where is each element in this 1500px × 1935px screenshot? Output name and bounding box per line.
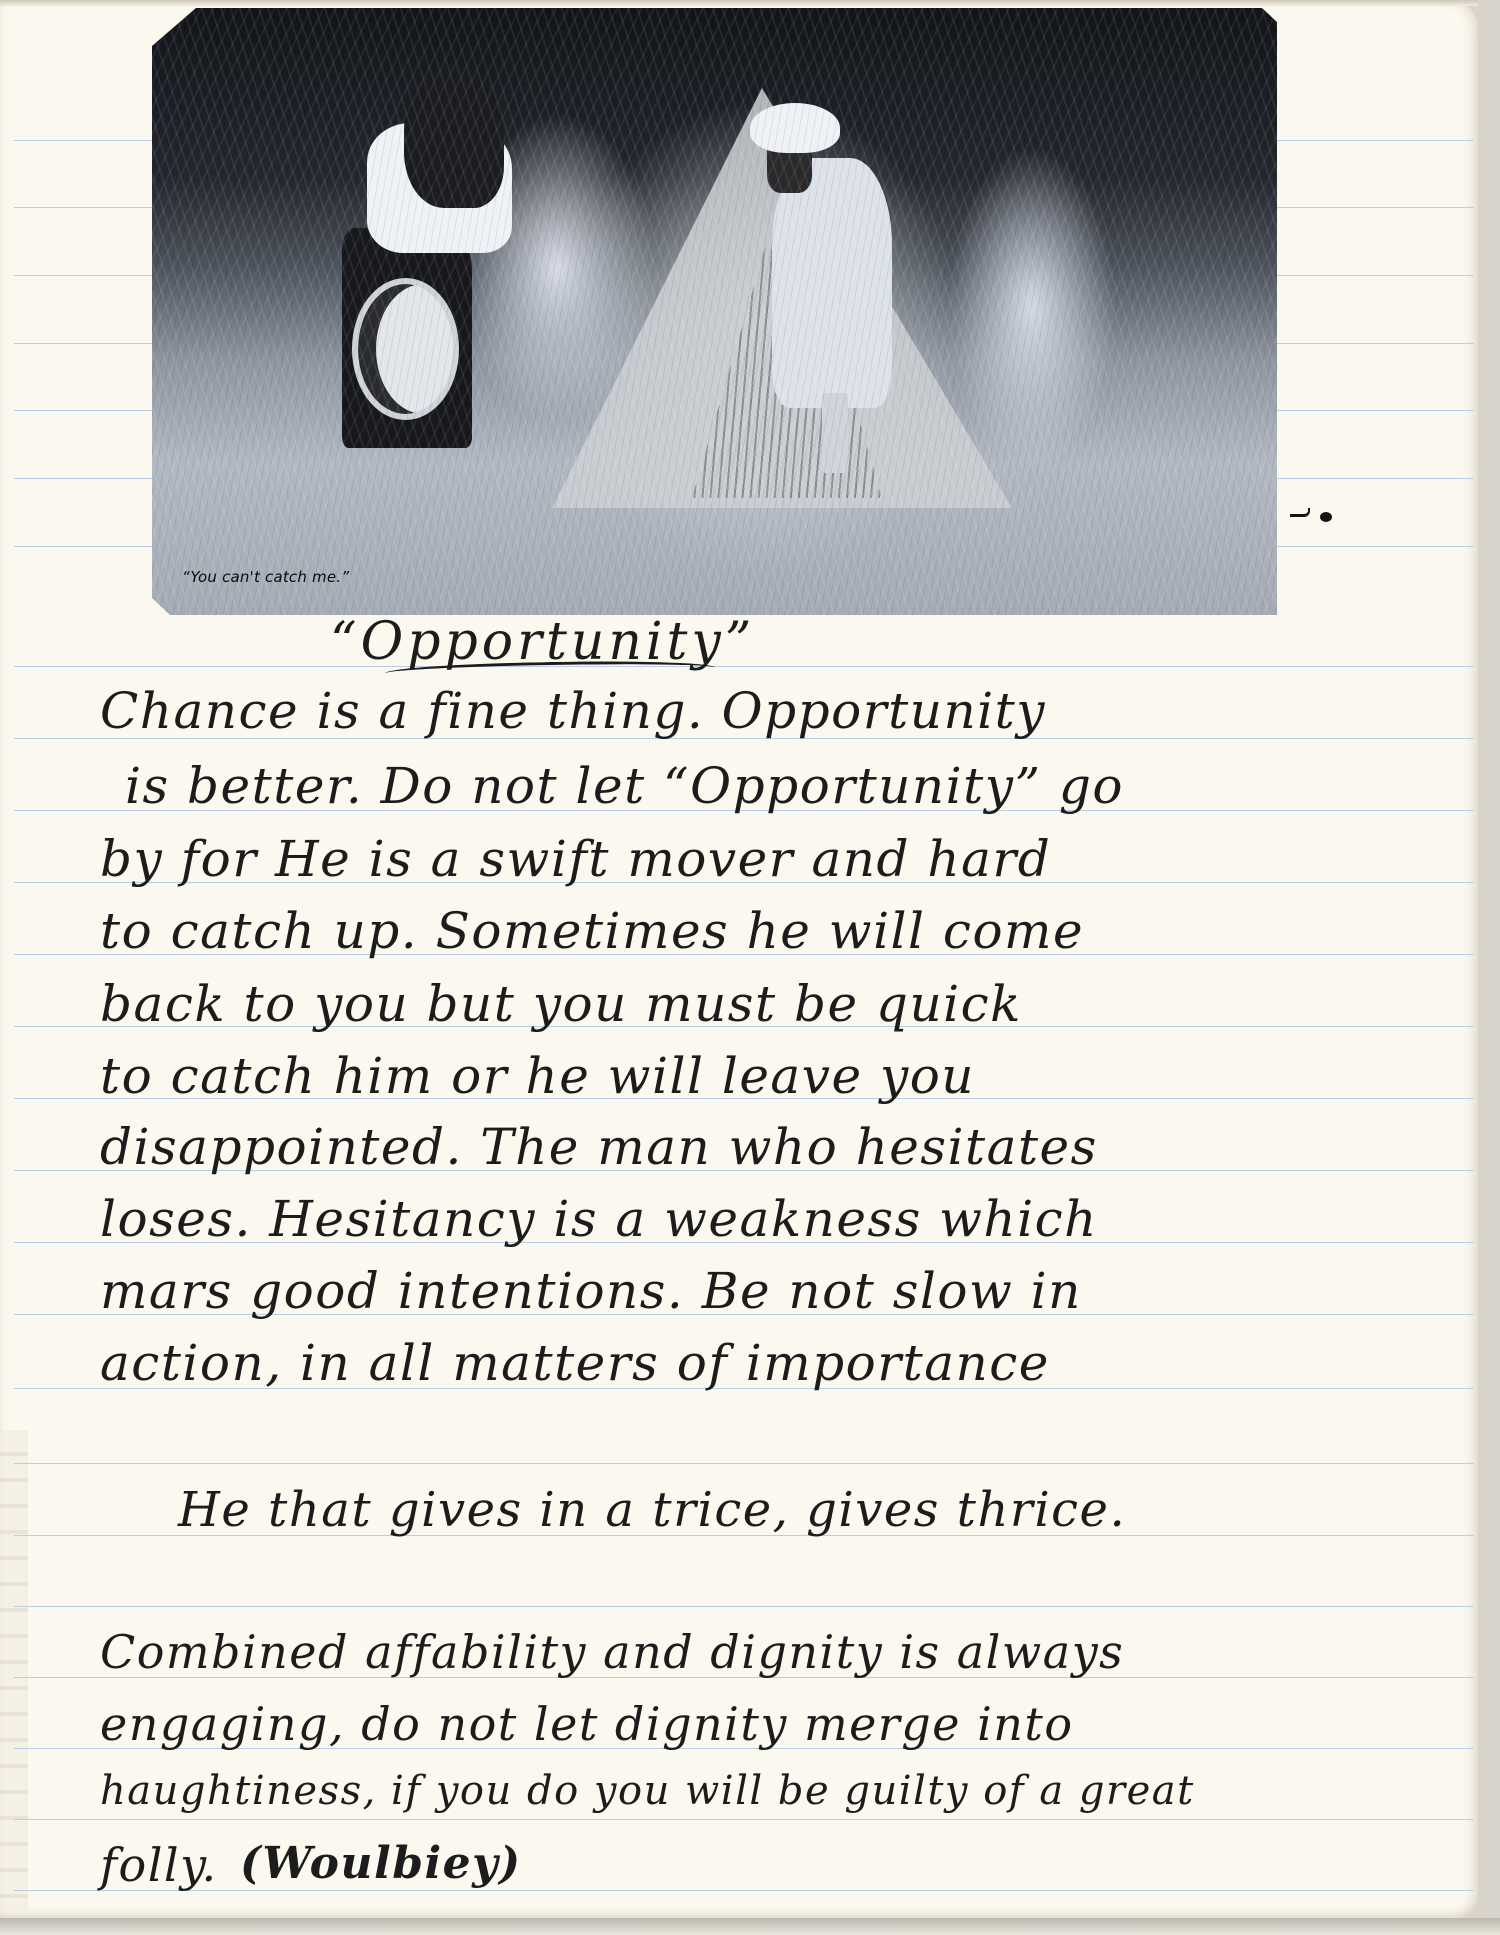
paragraph-line: to catch him or he will leave you: [100, 1047, 975, 1105]
proverb: He that gives in a trice, gives thrice.: [178, 1482, 1126, 1538]
ink-stroke: [1290, 508, 1310, 517]
page-top-edge: [0, 0, 1478, 6]
postcard-photo: “You can't catch me.”: [152, 8, 1277, 615]
ruled-line: [14, 1890, 1474, 1891]
signature: (Woulbiey): [240, 1838, 522, 1889]
ink-dot: [1320, 512, 1332, 522]
paragraph-line: mars good intentions. Be not slow in: [100, 1262, 1082, 1320]
paragraph-line: by for He is a swift mover and hard: [100, 830, 1051, 888]
paragraph-line: is better. Do not let “Opportunity” go: [125, 757, 1124, 815]
paragraph-line: haughtiness, if you do you will be guilt…: [100, 1768, 1195, 1814]
paragraph-line: Combined affability and dignity is alway…: [100, 1625, 1124, 1679]
scan-bottom-edge: [0, 1918, 1500, 1935]
ruled-line: [14, 1463, 1474, 1464]
ruled-line: [14, 1819, 1474, 1820]
photo-grain: [152, 8, 1277, 615]
paragraph-line: disappointed. The man who hesitates: [100, 1118, 1098, 1176]
photo-caption: “You can't catch me.”: [182, 568, 349, 586]
ruled-line: [14, 1606, 1474, 1607]
torn-binding-edge: [0, 1430, 28, 1910]
paragraph-line: back to you but you must be quick: [100, 975, 1022, 1033]
notebook-page: “You can't catch me.” “Opportunity” Chan…: [0, 0, 1478, 1918]
paragraph-line: loses. Hesitancy is a weakness which: [100, 1190, 1098, 1248]
paragraph-line: Chance is a fine thing. Opportunity: [100, 682, 1046, 740]
paragraph-line: to catch up. Sometimes he will come: [100, 902, 1084, 960]
paragraph-line: engaging, do not let dignity merge into: [100, 1697, 1074, 1751]
paragraph-line: action, in all matters of importance: [100, 1334, 1050, 1392]
paragraph-line: folly.: [100, 1838, 218, 1892]
